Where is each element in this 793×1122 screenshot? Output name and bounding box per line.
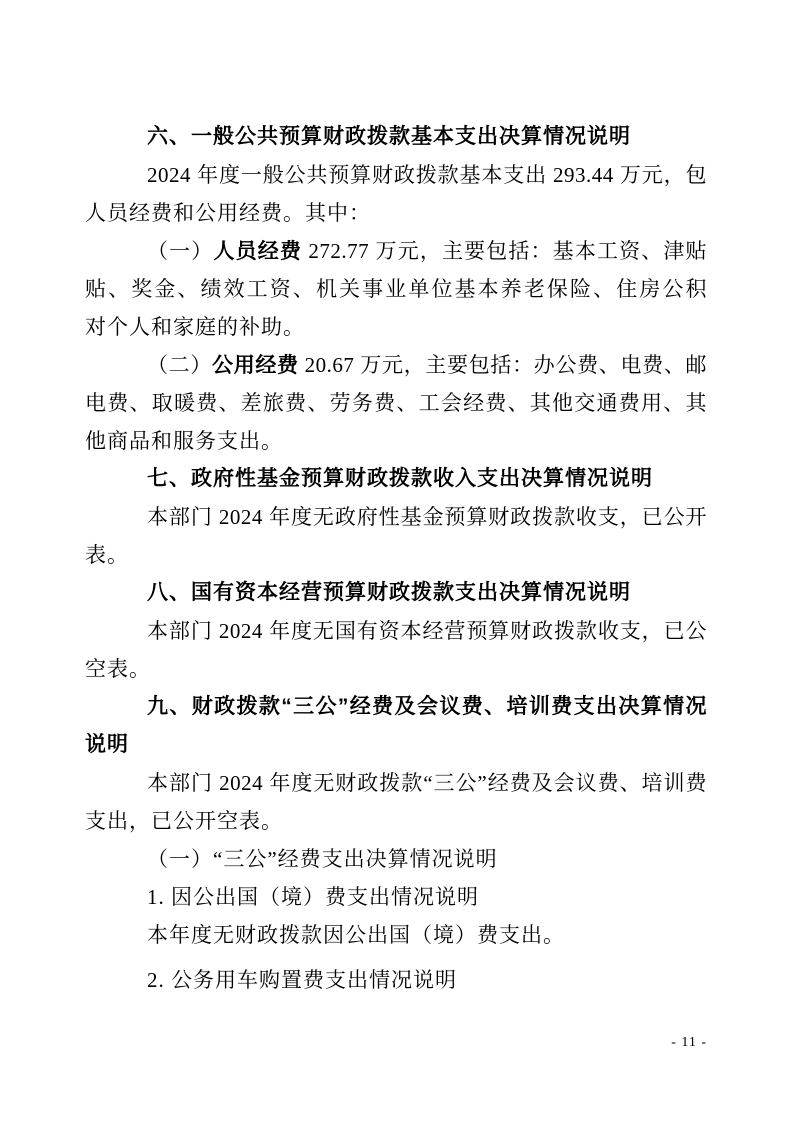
section-heading-8: 八、国有资本经营预算财政拨款支出决算情况说明 [85, 574, 707, 612]
paragraph-basic-expenditure: 2024 年度一般公共预算财政拨款基本支出 293.44 万元，包括 [85, 156, 707, 194]
paragraph-personnel-funds: （一）人员经费 272.77 万元，主要包括：基本工资、津贴补 [85, 232, 707, 270]
text-run: 八、国有资本经营预算财政拨款支出决算情况说明 [147, 581, 631, 604]
text-run: 2024 年度一般公共预算财政拨款基本支出 293.44 万元，包括 [85, 163, 707, 194]
text-run: 电费、取暖费、差旅费、劳务费、工会经费、其他交通费用、其 [85, 391, 707, 415]
paragraph-three-public: 本部门 2024 年度无财政拨款“三公”经费及会议费、培训费 [85, 764, 707, 802]
page-footer: - 11 - [85, 1033, 707, 1053]
paragraph-abroad-expense: 本年度无财政拨款因公出国（境）费支出。 [85, 916, 707, 954]
text-run: 本部门 2024 年度无国有资本经营预算财政拨款收支，已公开 [85, 619, 707, 650]
section-heading-7: 七、政府性基金预算财政拨款收入支出决算情况说明 [85, 460, 707, 498]
text-run: 20.67 万元，主要包括：办公费、电费、邮 [299, 353, 707, 377]
bold-run: 人员经费 [213, 239, 302, 263]
bold-run: 公用经费 [212, 353, 299, 377]
text-run: 人员经费和公用经费。其中： [85, 201, 371, 225]
paragraph-public-funds: 他商品和服务支出。 [85, 422, 707, 460]
text-run: 贴、奖金、绩效工资、机关事业单位基本养老保险、住房公积金、 [85, 277, 707, 308]
text-run: 表。 [85, 543, 129, 567]
text-run: 2. 公务用车购置费支出情况说明 [147, 968, 457, 992]
section-heading-6: 六、一般公共预算财政拨款基本支出决算情况说明 [85, 118, 707, 156]
text-run: （一） [147, 239, 213, 263]
text-run: （一）“三公”经费支出决算情况说明 [147, 847, 498, 871]
text-run: 1. 因公出国（境）费支出情况说明 [147, 885, 479, 909]
text-run: 空表。 [85, 657, 151, 681]
paragraph-public-funds: （二）公用经费 20.67 万元，主要包括：办公费、电费、邮 [85, 346, 707, 384]
text-run: 本部门 2024 年度无政府性基金预算财政拨款收支，已公开空 [85, 505, 707, 536]
text-run: 本年度无财政拨款因公出国（境）费支出。 [147, 923, 565, 947]
text-run: 本部门 2024 年度无财政拨款“三公”经费及会议费、培训费 [147, 771, 707, 795]
section-heading-9: 九、财政拨款“三公”经费及会议费、培训费支出决算情况 [85, 688, 707, 726]
paragraph-state-capital: 空表。 [85, 650, 707, 688]
document-page: 六、一般公共预算财政拨款基本支出决算情况说明2024 年度一般公共预算财政拨款基… [0, 0, 793, 1122]
paragraph-personnel-funds: 对个人和家庭的补助。 [85, 308, 707, 346]
text-run: 六、一般公共预算财政拨款基本支出决算情况说明 [147, 125, 631, 148]
paragraph-state-capital: 本部门 2024 年度无国有资本经营预算财政拨款收支，已公开 [85, 612, 707, 650]
text-run: 九、财政拨款“三公”经费及会议费、培训费支出决算情况 [147, 695, 707, 718]
paragraph-three-public: 支出，已公开空表。 [85, 802, 707, 840]
text-run: 支出，已公开空表。 [85, 809, 283, 833]
text-run: 对个人和家庭的补助。 [85, 315, 305, 339]
numbered-item-2: 2. 公务用车购置费支出情况说明 [85, 961, 707, 999]
numbered-item-1: 1. 因公出国（境）费支出情况说明 [85, 878, 707, 916]
paragraph-government-fund: 表。 [85, 536, 707, 574]
paragraph-government-fund: 本部门 2024 年度无政府性基金预算财政拨款收支，已公开空 [85, 498, 707, 536]
document-body: 六、一般公共预算财政拨款基本支出决算情况说明2024 年度一般公共预算财政拨款基… [85, 118, 707, 999]
section-heading-9: 说明 [85, 726, 707, 764]
text-run: （二） [147, 353, 212, 377]
text-run: 七、政府性基金预算财政拨款收入支出决算情况说明 [147, 467, 653, 490]
paragraph-public-funds: 电费、取暖费、差旅费、劳务费、工会经费、其他交通费用、其 [85, 384, 707, 422]
paragraph-basic-expenditure: 人员经费和公用经费。其中： [85, 194, 707, 232]
text-run: 他商品和服务支出。 [85, 429, 283, 453]
paragraph-personnel-funds: 贴、奖金、绩效工资、机关事业单位基本养老保险、住房公积金、 [85, 270, 707, 308]
text-run: 说明 [85, 733, 129, 756]
subsection-heading-three-public: （一）“三公”经费支出决算情况说明 [85, 840, 707, 878]
page-number: - 11 - [671, 1035, 707, 1050]
